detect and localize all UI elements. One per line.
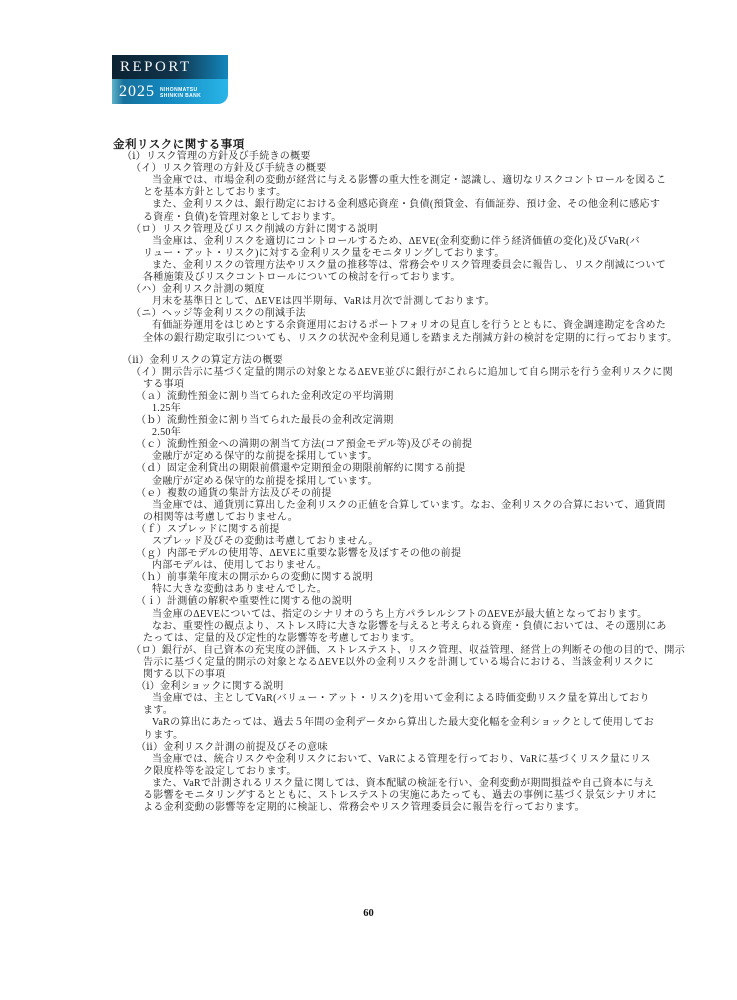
text-line: の相関等は考慮しておりません。	[113, 512, 633, 524]
text-line: リュー・アット・リスク)に対する金利リスク量をモニタリングしております。	[113, 248, 633, 260]
text-line: る影響をモニタリングするとともに、ストレステストの実施にあたっても、過去の事例に…	[113, 790, 633, 802]
text-line: 各種施策及びリスクコントロールについての検討を行っております。	[113, 272, 633, 284]
text-line: （ロ）リスク管理及びリスク削減の方針に関する説明	[113, 224, 633, 236]
text-line: 当金庫では、主としてVaR(バリュー・アット・リスク)を用いて金利による時価変動…	[113, 693, 633, 705]
logo-title: REPORT	[120, 59, 192, 76]
text-line: なお、重要性の観点より、ストレス時に大きな影響を与えると考えられる資産・負債にお…	[113, 621, 633, 633]
text-line: 有価証券運用をはじめとする余資運用におけるポートフォリオの見直しを行うとともに、…	[113, 320, 633, 332]
report-logo: REPORT 2025 NIHONMATSU SHINKIN BANK	[112, 55, 228, 104]
page-title: 金利リスクに関する事項	[113, 139, 633, 151]
text-line: （ニ）ヘッジ等金利リスクの削減手法	[113, 308, 633, 320]
text-line: （イ）開示告示に基づく定量的開示の対象となるΔEVE並びに銀行がこれらに追加して…	[113, 367, 633, 379]
text-line: たっては、定量的及び定性的な影響等を考慮しております。	[113, 633, 633, 645]
text-line: 当金庫では、通貨別に算出した金利リスクの正値を合算しています。なお、金利リスクの…	[113, 500, 633, 512]
text-line: する事項	[113, 379, 633, 391]
text-line: 当金庫は、金利リスクを適切にコントロールするため、ΔEVE(金利変動に伴う経済価…	[113, 236, 633, 248]
text-line: 当金庫のΔEVEについては、指定のシナリオのうち上方パラレルシフトのΔEVEが最…	[113, 609, 633, 621]
text-line: （ｃ）流動性預金への満期の割当て方法(コア預金モデル等)及びその前提	[113, 439, 633, 451]
bank-name: NIHONMATSU SHINKIN BANK	[160, 87, 201, 99]
text-line: （ハ）金利リスク計測の頻度	[113, 284, 633, 296]
text-line: 2.50年	[113, 427, 633, 439]
text-line: （ｄ）固定金利貸出の期限前償還や定期預金の期限前解約に関する前提	[113, 463, 633, 475]
text-line: （ⅰ）リスク管理の方針及び手続きの概要	[113, 151, 633, 163]
text-line: ります。	[113, 730, 633, 742]
text-line: （ｉ）計測値の解釈や重要性に関する他の説明	[113, 596, 633, 608]
text-line: （ｂ）流動性預金に割り当てられた最長の金利改定満期	[113, 415, 633, 427]
text-line: VaRの算出にあたっては、過去５年間の金利データから算出した最大変化幅を金利ショ…	[113, 717, 633, 729]
text-line: 内部モデルは、使用しておりません。	[113, 560, 633, 572]
text-line: （ａ）流動性預金に割り当てられた金利改定の平均満期	[113, 391, 633, 403]
text-line: ク限度枠等を設定しております。	[113, 766, 633, 778]
text-line: 当金庫では、統合リスクや金利リスクにおいて、VaRによる管理を行っており、VaR…	[113, 754, 633, 766]
text-line: 告示に基づく定量的開示の対象となるΔEVE以外の金利リスクを計測している場合にお…	[113, 657, 633, 669]
text-line: 金融庁が定める保守的な前提を採用しています。	[113, 451, 633, 463]
logo-top-band: REPORT	[112, 55, 228, 79]
text-line: また、金利リスクの管理方法やリスク量の推移等は、常務会やリスク管理委員会に報告し…	[113, 260, 633, 272]
text-line: （ｈ）前事業年度末の開示からの変動に関する説明	[113, 572, 633, 584]
text-line: 関する以下の事項	[113, 669, 633, 681]
text-line: 特に大きな変動はありませんでした。	[113, 584, 633, 596]
text-line: （イ）リスク管理の方針及び手続きの概要	[113, 163, 633, 175]
text-line: る資産・負債)を管理対象としております。	[113, 212, 633, 224]
text-line: 全体の銀行勘定取引についても、リスクの状況や金利見通しを踏まえた削減方針の検討を…	[113, 333, 633, 345]
text-line: 1.25年	[113, 403, 633, 415]
text-line: （ｇ）内部モデルの使用等、ΔEVEに重要な影響を及ぼすその他の前提	[113, 548, 633, 560]
document-page: REPORT 2025 NIHONMATSU SHINKIN BANK 金利リス…	[0, 0, 737, 1000]
text-line: また、金利リスクは、銀行勘定における金利感応資産・負債(預貸金、有価証券、預け金…	[113, 199, 633, 211]
document-body: 金利リスクに関する事項（ⅰ）リスク管理の方針及び手続きの概要（イ）リスク管理の方…	[113, 139, 633, 814]
logo-bottom-band: 2025 NIHONMATSU SHINKIN BANK	[112, 79, 228, 104]
text-line: また、VaRで計測されるリスク量に関しては、資本配賦の検証を行い、金利変動が期間…	[113, 778, 633, 790]
text-line: （ⅱ）金利リスク計測の前提及びその意味	[113, 742, 633, 754]
spacer	[113, 345, 633, 355]
text-line: （ロ）銀行が、自己資本の充実度の評価、ストレステスト、リスク管理、収益管理、経営…	[113, 645, 633, 657]
text-line: （ⅰ）金利ショックに関する説明	[113, 681, 633, 693]
text-line: スプレッド及びその変動は考慮しておりません。	[113, 536, 633, 548]
text-line: とを基本方針としております。	[113, 187, 633, 199]
page-number: 60	[0, 908, 737, 919]
text-line: よる金利変動の影響等を定期的に検証し、常務会やリスク管理委員会に報告を行っており…	[113, 802, 633, 814]
logo-year: 2025	[119, 83, 155, 101]
text-line: （ｅ）複数の通貨の集計方法及びその前提	[113, 488, 633, 500]
text-line: 金融庁が定める保守的な前提を採用しています。	[113, 476, 633, 488]
text-line: 月末を基準日として、ΔEVEは四半期毎、VaRは月次で計測しております。	[113, 296, 633, 308]
text-line: （ｆ）スプレッドに関する前提	[113, 524, 633, 536]
text-line: （ⅱ）金利リスクの算定方法の概要	[113, 355, 633, 367]
text-line: ます。	[113, 705, 633, 717]
text-line: 当金庫では、市場金利の変動が経営に与える影響の重大性を測定・認識し、適切なリスク…	[113, 175, 633, 187]
